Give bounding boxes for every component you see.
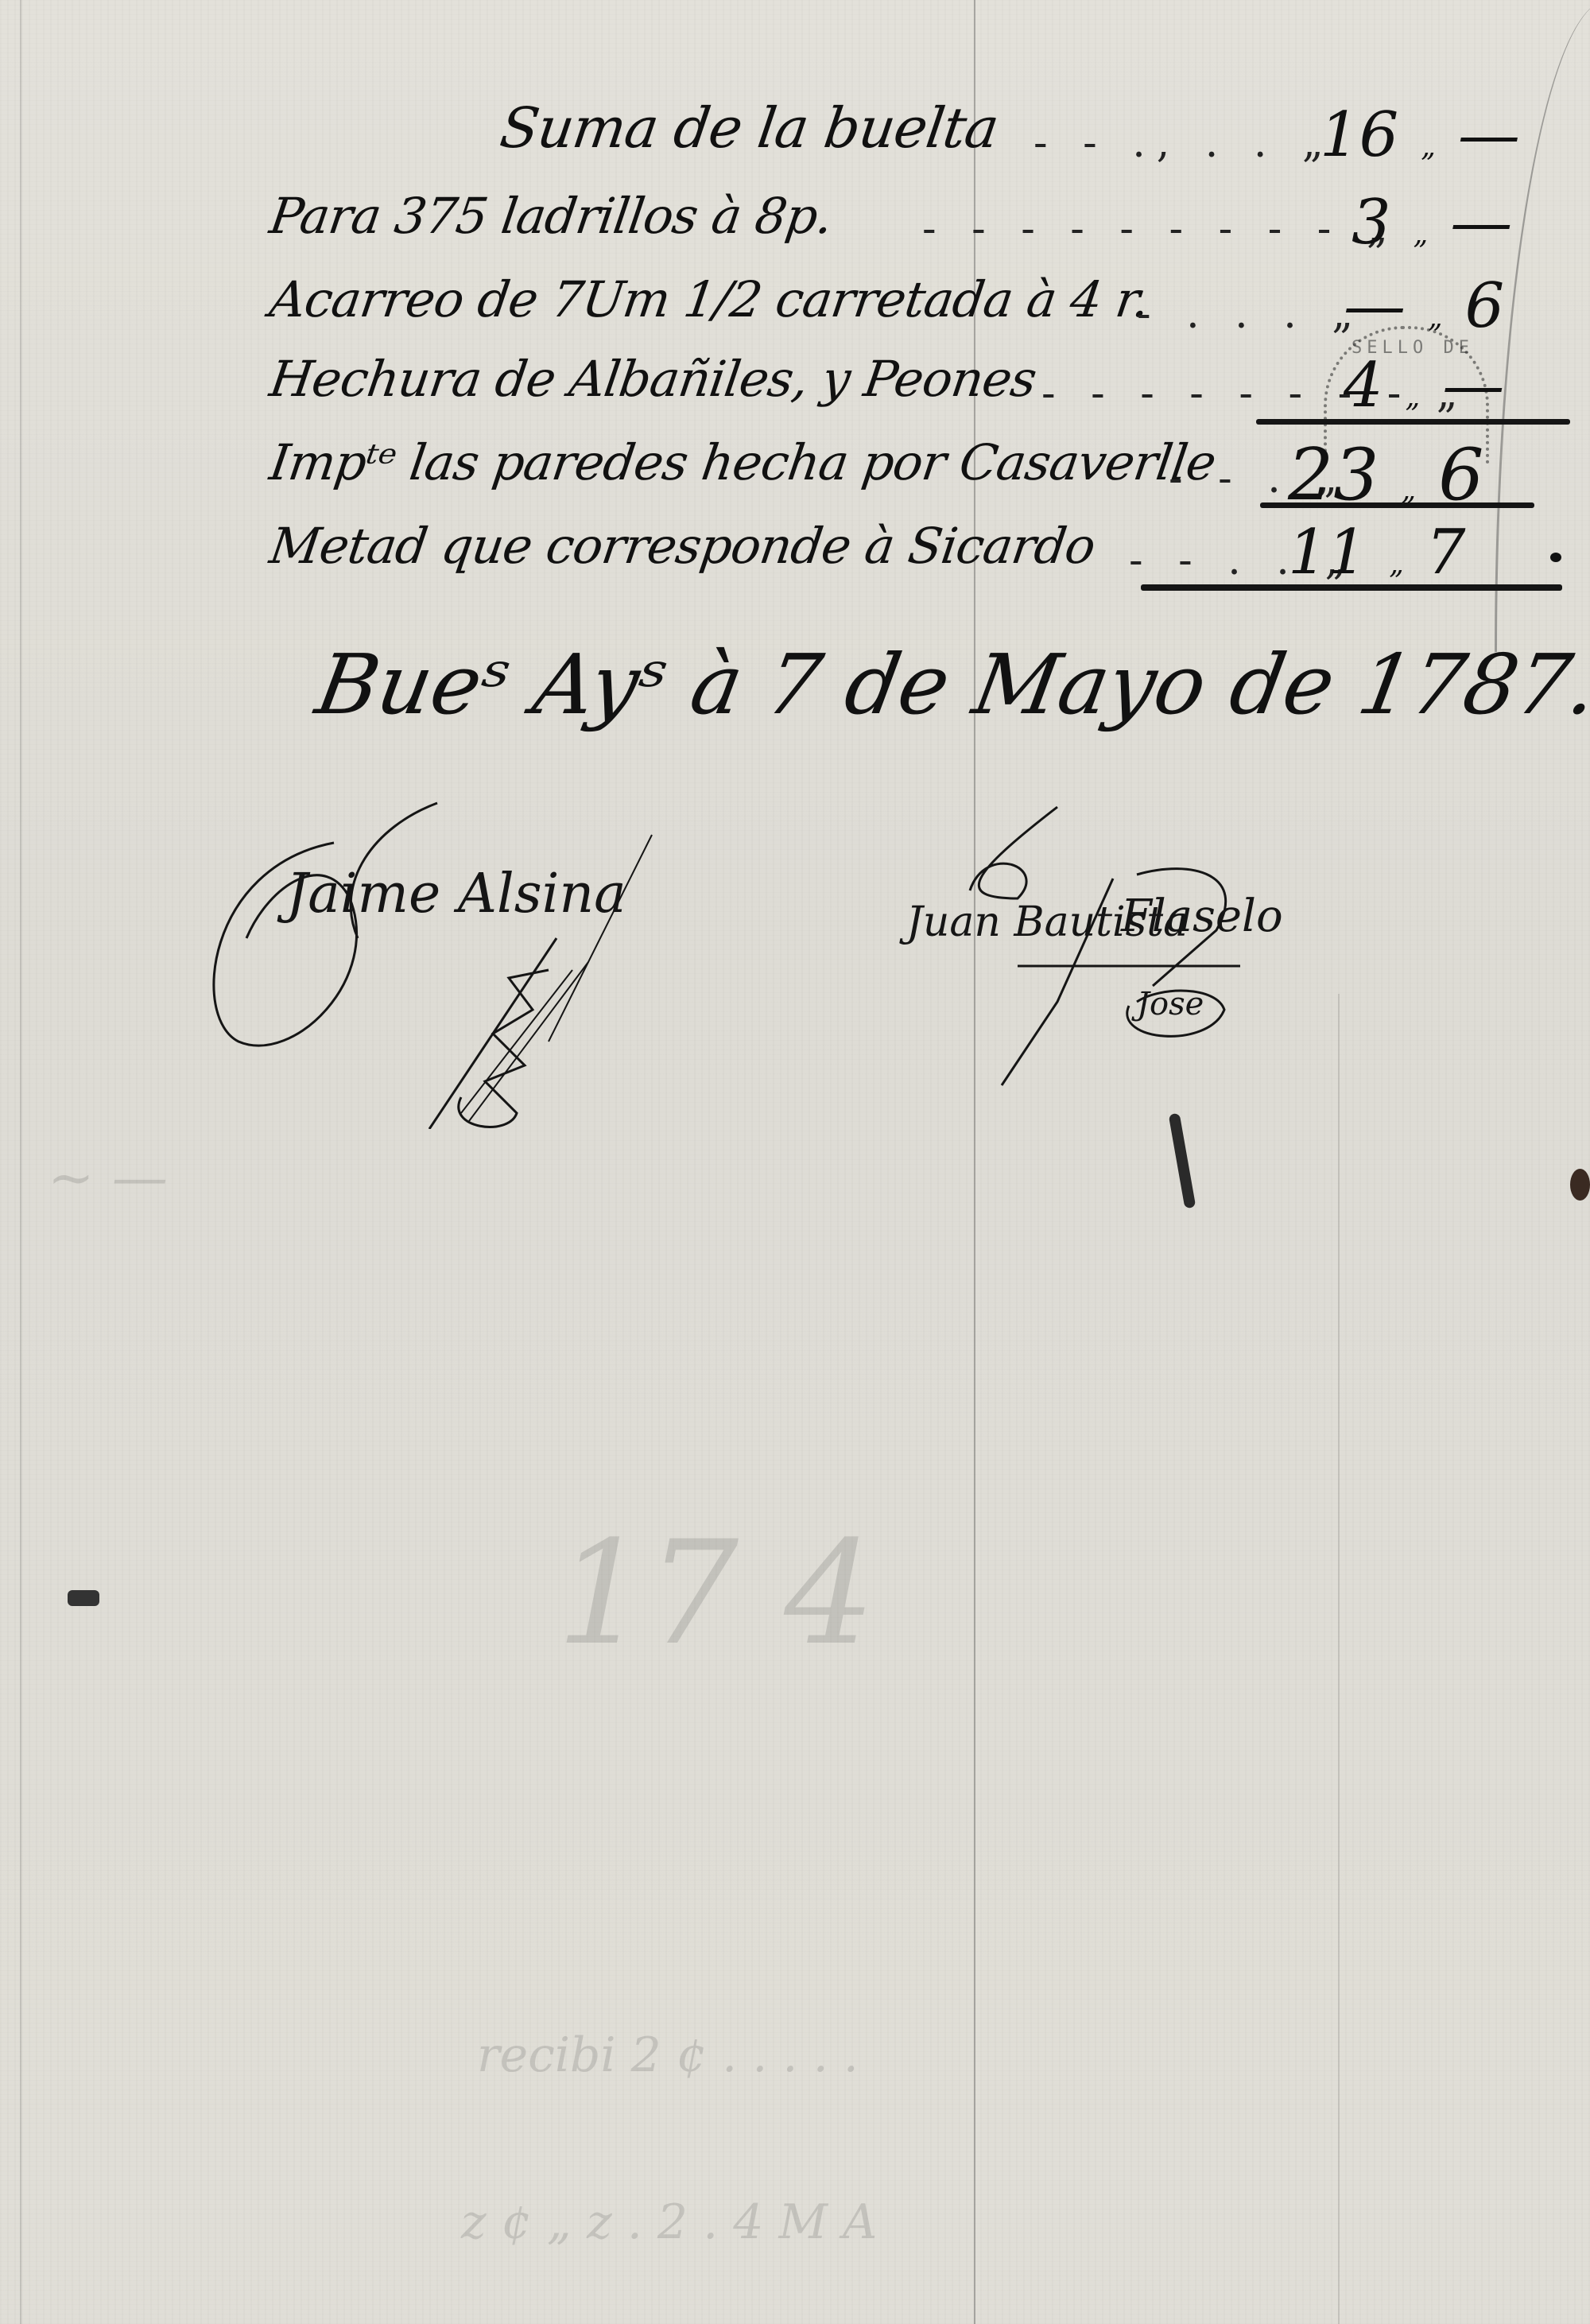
paper-fold-line — [1338, 994, 1340, 2324]
ledger-amount: 3 „ — — [1351, 187, 1512, 258]
amount-separator: „ — [1406, 381, 1421, 413]
paper-fold-line — [20, 0, 21, 2324]
amount-reales: — — [1450, 187, 1512, 258]
bleed-through-text: ~ — — [48, 1145, 168, 1210]
ledger-row-label: Impᵗᵉ las paredes hecha por Casaverlle — [266, 433, 1220, 491]
bleed-through-text: 17 4 — [556, 1511, 875, 1677]
date-line: Bueˢ Ayˢ à 7 de Mayo de 1787. — [309, 636, 1590, 733]
sum-rule — [1256, 419, 1570, 425]
ink-mark — [68, 1590, 99, 1606]
ink-dot — [1550, 553, 1561, 562]
amount-separator: „ — [1421, 130, 1436, 163]
ledger-amount: 16 „ — — [1320, 99, 1520, 171]
signature-right-rubric: Jose — [1137, 986, 1204, 1022]
half-rule — [1260, 502, 1534, 508]
amount-pesos: 4 — [1344, 350, 1383, 421]
bleed-through-text: recibi 2 ¢ . . . . . — [477, 2027, 859, 2083]
torn-edge — [1495, 0, 1590, 652]
ink-mark — [1169, 1113, 1196, 1209]
amount-reales: — — [1458, 99, 1520, 171]
amount-pesos: 16 — [1320, 99, 1398, 171]
amount-separator: „ — [1389, 548, 1404, 580]
ledger-row-label: Suma de la buelta — [496, 95, 1002, 161]
signature-flourish-right — [874, 795, 1320, 1113]
amount-separator: „ — [1414, 218, 1429, 250]
amount-separator: „ — [1402, 474, 1417, 506]
ledger-row-label: Para 375 ladrillos à 8p. — [266, 187, 836, 245]
amount-reales: 7 — [1426, 517, 1466, 588]
amount-pesos: 11 — [1288, 517, 1367, 588]
closing-rule — [1141, 584, 1562, 591]
ledger-amount: 4 „ — — [1344, 350, 1504, 421]
bleed-through-text: z ¢ „ z . 2 . 4 M A — [461, 2194, 877, 2250]
ledger-leader: - - - - - - - - - „ — [922, 205, 1399, 253]
ledger-leader: - . . . „ — [1137, 290, 1364, 338]
ledger-row-label: Metad que corresponde à Sicardo — [266, 517, 1099, 575]
signature-left: Jaime Alsina — [286, 863, 626, 925]
document-page: ~ — 17 4 recibi 2 ¢ . . . . . z ¢ „ z . … — [0, 0, 1590, 2324]
ledger-row-label: Acarreo de 7Um 1/2 carretada à 4 r. — [266, 270, 1153, 328]
ledger-row-label: Hechura de Albañiles, y Peones — [266, 350, 1040, 408]
amount-reales: — — [1442, 350, 1504, 421]
ledger-leader: - - ., . . „ — [1033, 119, 1335, 167]
signature-flourish-left — [175, 779, 890, 1129]
paper-fold-line — [974, 0, 975, 2324]
signature-right-last: Flaselo — [1121, 890, 1283, 942]
amount-pesos: 3 — [1351, 187, 1391, 258]
ink-blot — [1570, 1169, 1590, 1201]
ledger-amount: 11 „ 7 — [1288, 517, 1466, 588]
amount-reales: 6 — [1465, 270, 1505, 342]
